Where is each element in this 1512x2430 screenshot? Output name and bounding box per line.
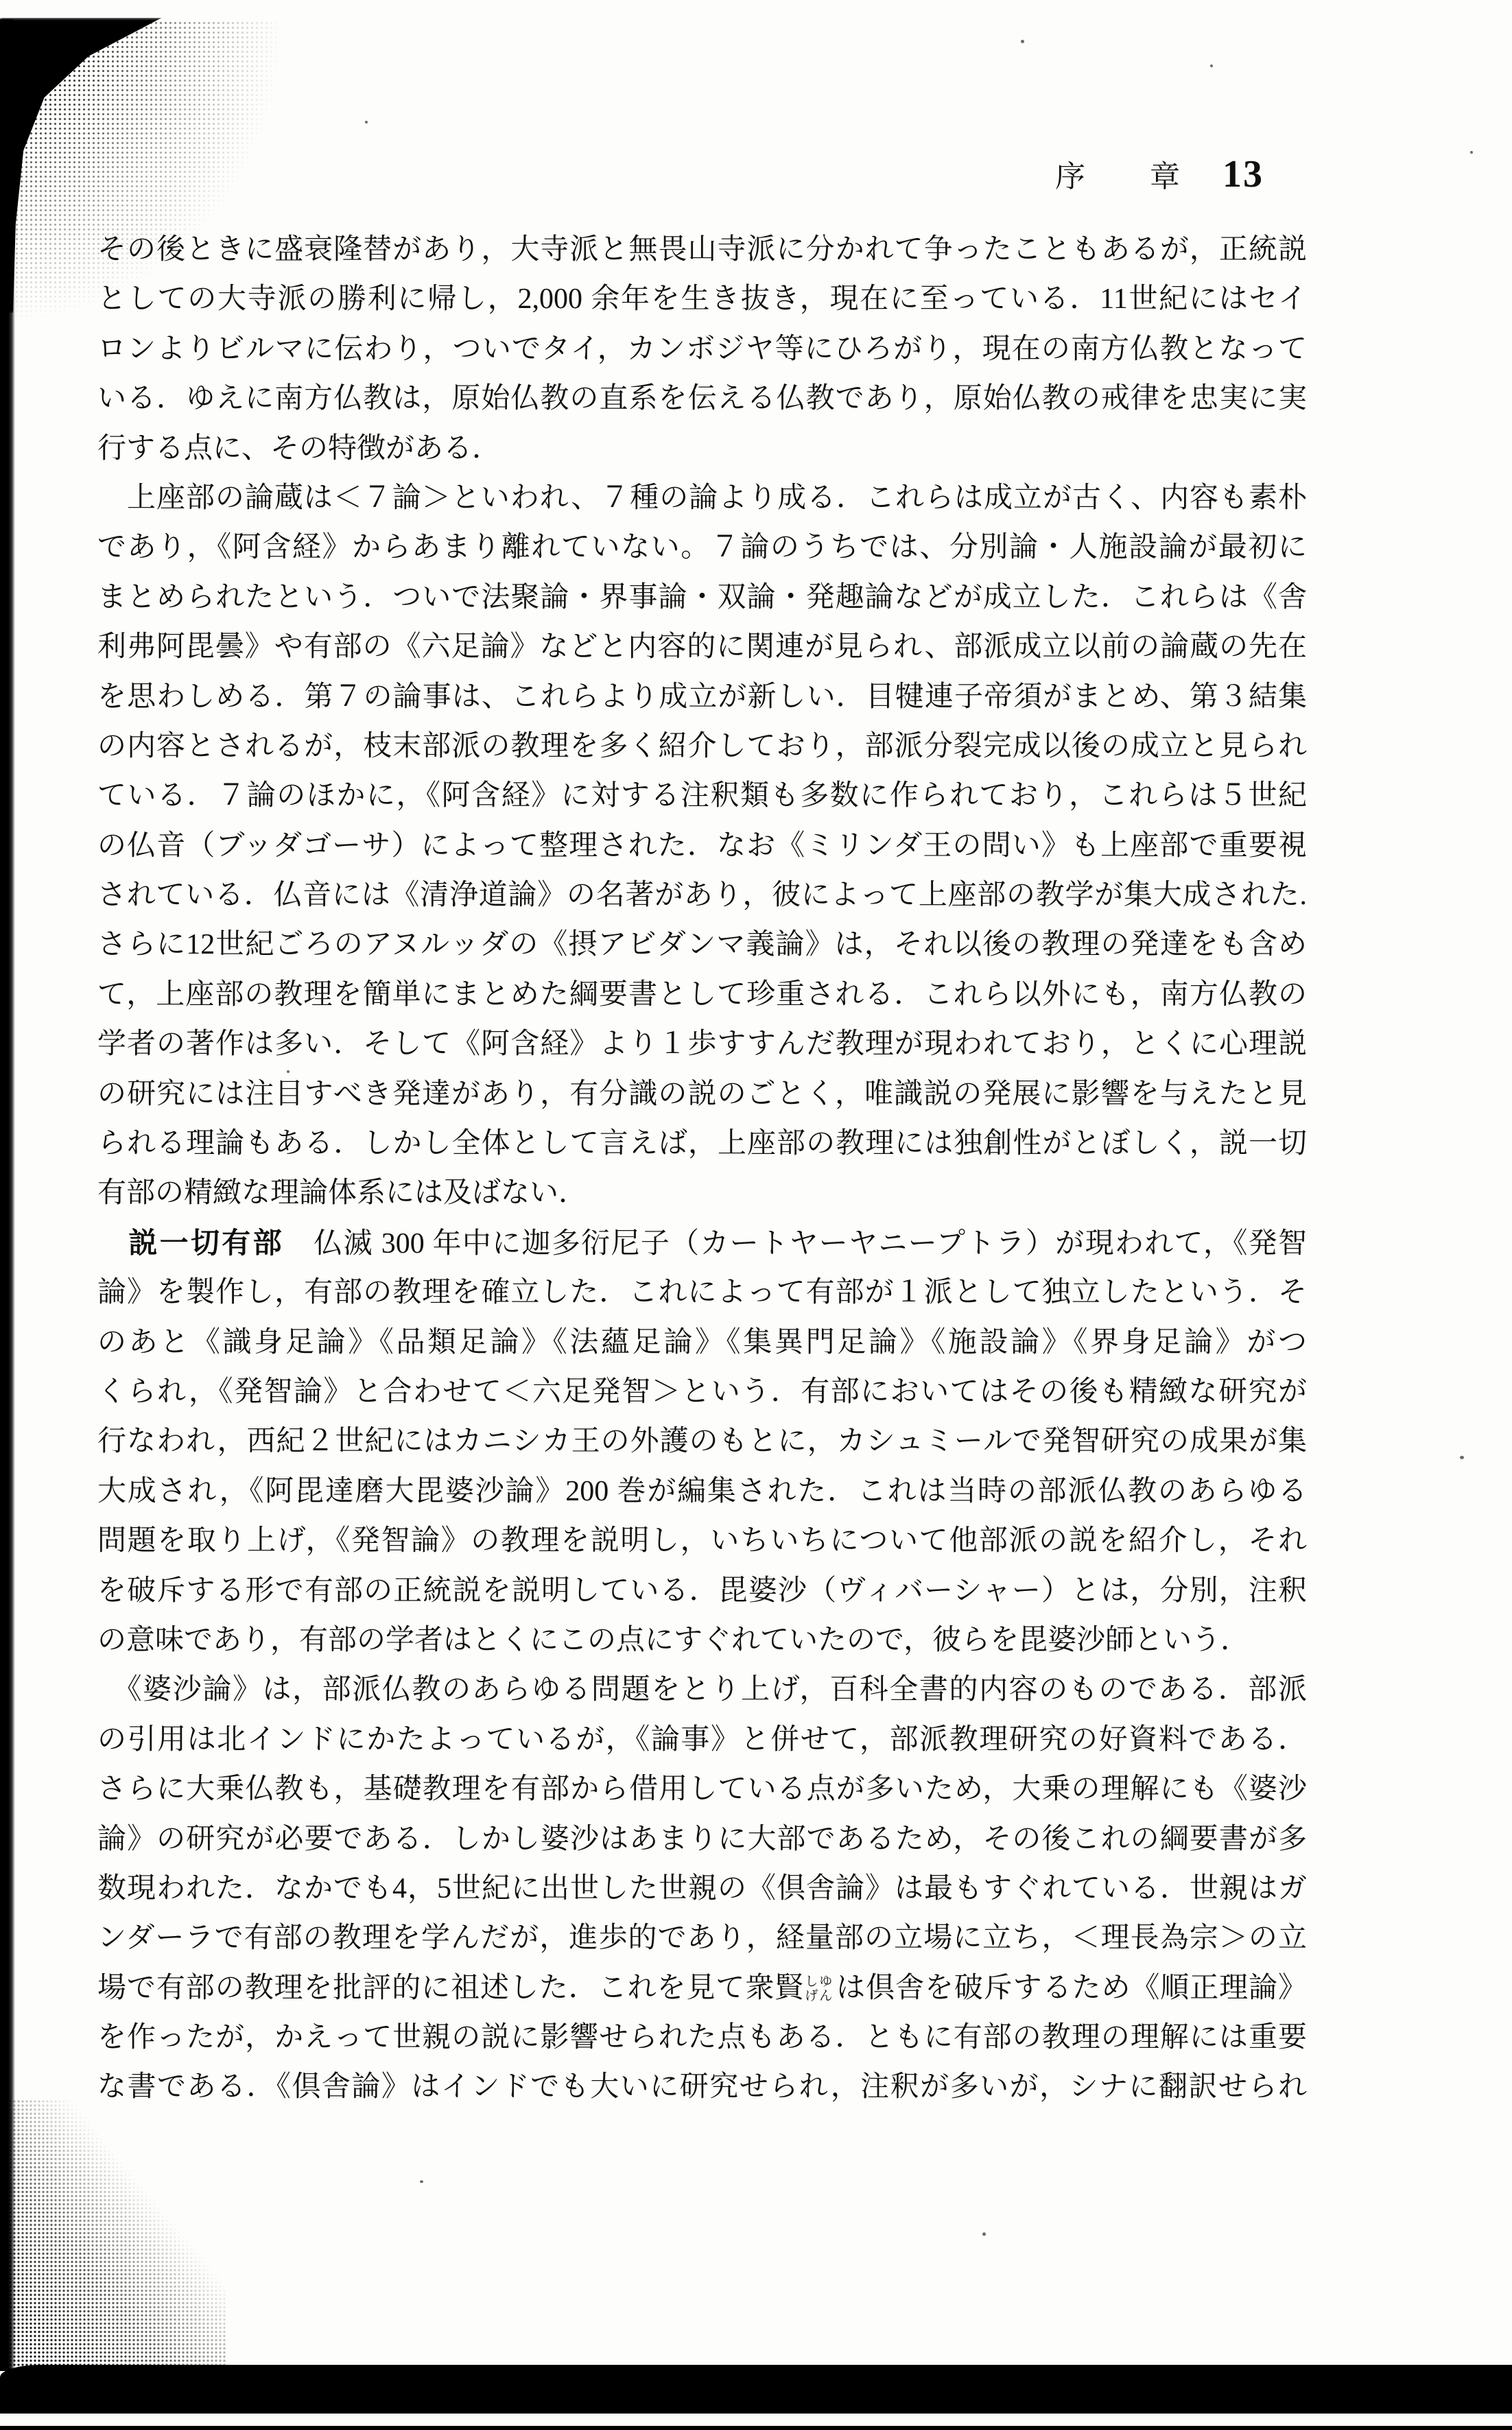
scan-bar-bottom <box>0 2365 1512 2414</box>
body-text: その後ときに盛衰隆替があり，大寺派と無畏山寺派に分かれて争ったこともあるが，正統… <box>97 225 1307 2112</box>
text-line: を思わしめる．第７の論事は、これらより成立が新しい．目犍連子帝須がまとめ、第３結… <box>97 672 1307 722</box>
text-line: くられ，《発智論》と合わせて＜六足発智＞という．有部においてはその後も精緻な研究… <box>97 1367 1307 1417</box>
text-line: 論》の研究が必要である．しかし婆沙はあまりに大部であるため，その後これの綱要書が… <box>97 1815 1307 1864</box>
chapter-title-word: 序 <box>1055 156 1085 198</box>
text-line: の引用は北インドにかたよっているが，《論事》と併せて，部派教理研究の好資料である… <box>97 1715 1307 1765</box>
text-line: その後ときに盛衰隆替があり，大寺派と無畏山寺派に分かれて争ったこともあるが，正統… <box>97 225 1307 274</box>
text-line: のあと《識身足論》《品類足論》《法蘊足論》《集異門足論》《施設論》《界身足論》が… <box>97 1318 1307 1367</box>
chapter-title-word: 章 <box>1150 156 1180 198</box>
text-line: 有部の精緻な理論体系には及ばない． <box>97 1168 1307 1218</box>
text-line: 大成され，《阿毘達磨大毘婆沙論》200 巻が編集された．これは当時の部派仏教のあ… <box>97 1467 1307 1516</box>
scan-speck <box>1210 64 1213 67</box>
scan-speck <box>365 121 368 123</box>
text-line: であり，《阿含経》からあまり離れていない。７論のうちでは、分別論・人施設論が最初… <box>97 523 1307 572</box>
text-line: 上座部の論蔵は＜７論＞といわれ、７種の論より成る．これらは成立が古く、内容も素朴 <box>97 473 1307 523</box>
text-line: られる理論もある．しかし全体として言えば，上座部の教理には独創性がとぼしく，説一… <box>97 1119 1307 1168</box>
scan-edge-bottom <box>0 2426 1512 2430</box>
scan-speck <box>1470 151 1473 154</box>
scan-noise-bottom-left <box>0 2099 226 2370</box>
scanned-page: 序 章 13 その後ときに盛衰隆替があり，大寺派と無畏山寺派に分かれて争ったこと… <box>0 0 1512 2430</box>
text-line-section-start: 説一切有部 仏滅 300 年中に迦多衍尼子（カートヤーヤニープトラ）が現われて，… <box>97 1218 1307 1268</box>
text-line: さらに12世紀ごろのアヌルッダの《摂アビダンマ義論》は，それ以後の教理の発達をも… <box>97 920 1307 969</box>
page-number: 13 <box>1222 154 1264 195</box>
text-line: の研究には注目すべき発達があり，有分識の説のごとく，唯識説の発展に影響を与えたと… <box>97 1070 1307 1119</box>
text-line: を破斥する形で有部の正統説を説明している．毘婆沙（ヴィバーシャー）とは，分別，注… <box>97 1566 1307 1616</box>
scan-speck <box>1460 1456 1464 1459</box>
text-line: ンダーラで有部の教理を学んだが，進歩的であり，経量部の立場に立ち，＜理長為宗＞の… <box>97 1913 1307 1963</box>
text-line: 利弗阿毘曇》や有部の《六足論》などと内容的に関連が見られ、部派成立以前の論蔵の先… <box>97 622 1307 672</box>
text-line: としての大寺派の勝利に帰し，2,000 余年を生き抜き，現在に至っている．11世… <box>97 274 1307 324</box>
text-line: ている．７論のほかに，《阿含経》に対する注釈類も多数に作られており，これらは５世… <box>97 771 1307 821</box>
text-run: は倶舎を破斥するため《順正理論》 <box>836 1972 1307 2004</box>
text-line: の意味であり，有部の学者はとくにこの点にすぐれていたので，彼らを毘婆沙師という． <box>97 1616 1307 1665</box>
text-line: な書である．《倶舎論》はインドでも大いに研究せられ，注釈が多いが，シナに翻訳せら… <box>97 2062 1307 2112</box>
text-line: 行なわれ，西紀２世紀にはカニシカ王の外護のもとに，カシュミールで発智研究の成果が… <box>97 1417 1307 1466</box>
text-line-with-furigana: 場で有部の教理を批評的に祖述した．これを見て衆賢しゆげんは倶舎を破斥するため《順… <box>97 1963 1307 2013</box>
text-line: 論》を製作し，有部の教理を確立した．これによって有部が１派として独立したという．… <box>97 1268 1307 1317</box>
text-line: まとめられたという．ついで法聚論・界事論・双論・発趣論などが成立した．これらは《… <box>97 573 1307 622</box>
text-line: さらに大乗仏教も，基礎教理を有部から借用している点が多いため，大乗の理解にも《婆… <box>97 1765 1307 1814</box>
furigana-annotation: しゆげん <box>805 1974 834 2003</box>
text-line: を作ったが，かえって世親の説に影響せられた点もある．ともに有部の教理の理解には重… <box>97 2013 1307 2062</box>
text-line: 学者の著作は多い．そして《阿含経》より１歩すすんだ教理が現われており，とくに心理… <box>97 1019 1307 1069</box>
text-line: 《婆沙論》は，部派仏教のあらゆる問題をとり上げ，百科全書的内容のものである．部派 <box>97 1665 1307 1714</box>
scan-speck <box>1021 40 1024 43</box>
text-line: ロンよりビルマに伝わり，ついでタイ，カンボジヤ等にひろがり，現在の南方仏教となっ… <box>97 325 1307 374</box>
scan-speck <box>420 2180 423 2183</box>
text-line: されている．仏音には《清浄道論》の名著があり，彼によって上座部の教学が集大成され… <box>97 871 1307 920</box>
running-head: 序 章 13 <box>1055 154 1264 198</box>
text-line: て，上座部の教理を簡単にまとめた綱要書として珍重される．これら以外にも，南方仏教… <box>97 970 1307 1019</box>
text-line: いる．ゆえに南方仏教は，原始仏教の直系を伝える仏教であり，原始仏教の戒律を忠実に… <box>97 374 1307 423</box>
text-line: の内容とされるが，枝末部派の教理を多く紹介しており，部派分裂完成以後の成立と見ら… <box>97 722 1307 771</box>
scan-speck <box>982 2232 986 2236</box>
scan-edge-strip-left <box>0 19 15 2371</box>
text-line: 数現われた．なかでも4，5世紀に出世した世親の《倶舎論》は最もすぐれている．世親… <box>97 1864 1307 1913</box>
furigana-row: げん <box>805 1989 834 2003</box>
text-line: 問題を取り上げ，《発智論》の教理を説明し，いちいちについて他部派の説を紹介し，そ… <box>97 1516 1307 1566</box>
text-line: の仏音（ブッダゴーサ）によって整理された．なお《ミリンダ王の問い》も上座部で重要… <box>97 821 1307 871</box>
furigana-row: しゆ <box>805 1974 834 1989</box>
text-run: 仏滅 300 年中に迦多衍尼子（カートヤーヤニープトラ）が現われて，《発智 <box>284 1228 1307 1260</box>
text-run: 場で有部の教理を批評的に祖述した．これを見て衆賢 <box>97 1972 804 2004</box>
section-label: 説一切有部 <box>97 1227 284 1259</box>
text-line: 行する点に、その特徴がある． <box>97 424 1307 473</box>
